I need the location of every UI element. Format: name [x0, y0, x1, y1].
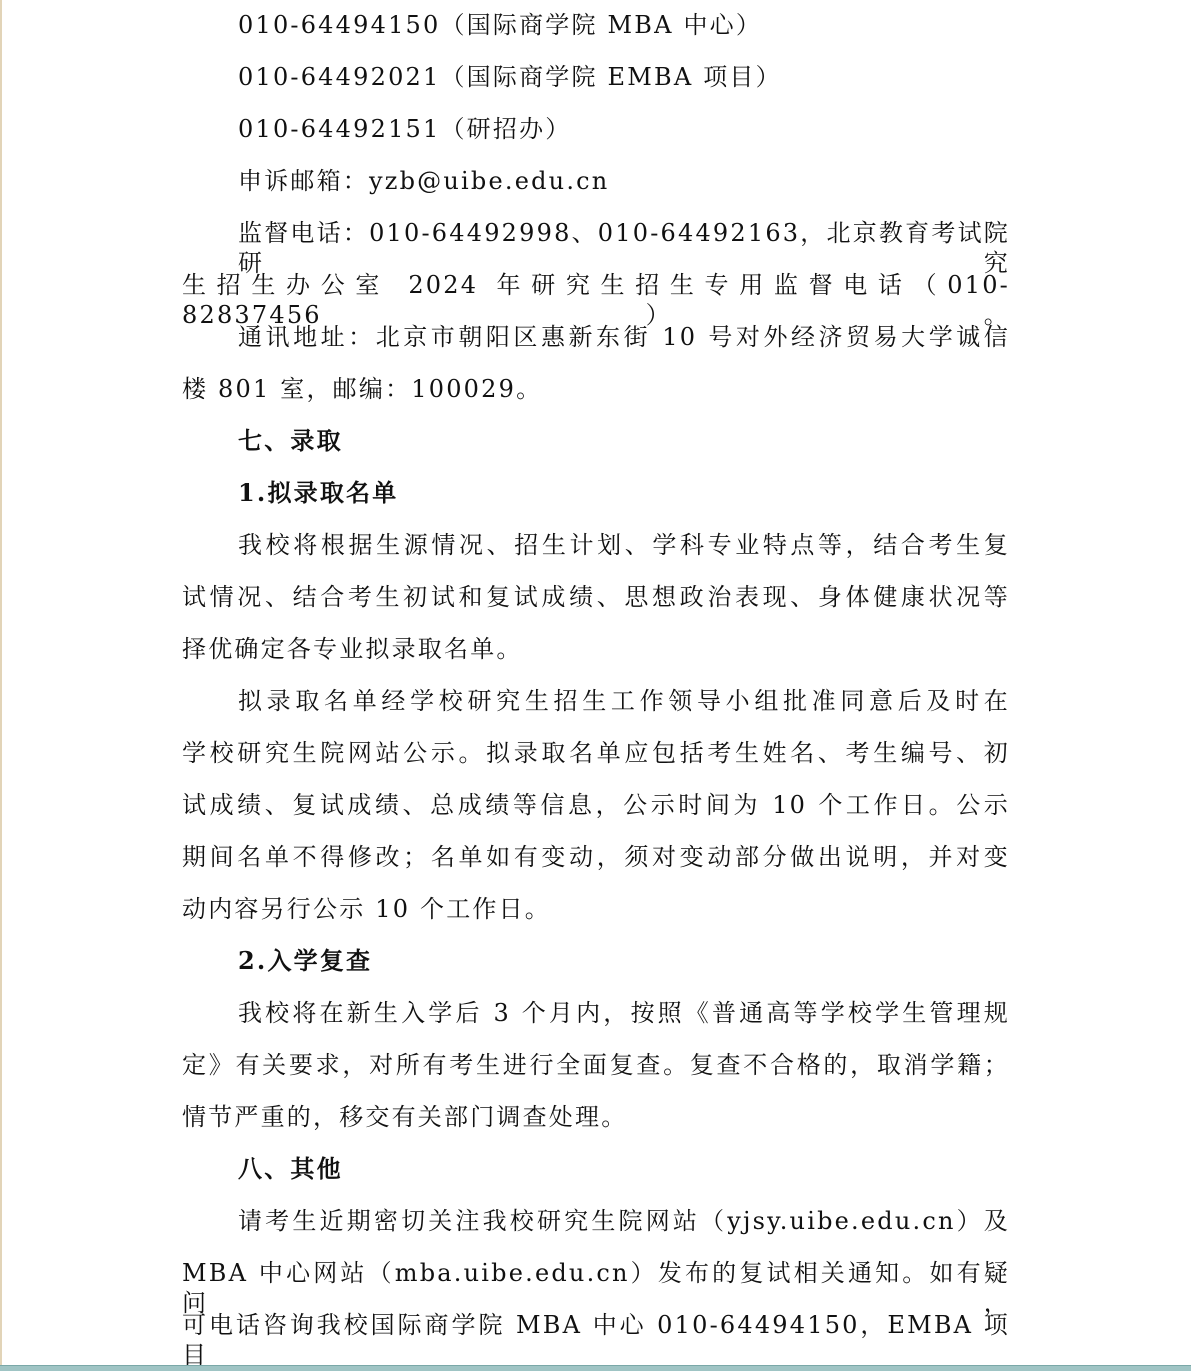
address-line-1: 通讯地址：北京市朝阳区惠新东街 10 号对外经济贸易大学诚信 [238, 322, 1010, 352]
paragraph-line: 择优确定各专业拟录取名单。 [182, 634, 523, 664]
paragraph-line: 试情况、结合考生初试和复试成绩、思想政治表现、身体健康状况等 [182, 582, 1010, 612]
supervision-line-2: 生招生办公室 2024 年研究生招生专用监督电话（010-82837456）。 [182, 270, 1010, 330]
address-line-2: 楼 801 室，邮编：100029。 [182, 374, 542, 404]
paragraph-line: 请考生近期密切关注我校研究生院网站（yjsy.uibe.edu.cn）及 [238, 1206, 1010, 1236]
paragraph-line: 可电话咨询我校国际商学院 MBA 中心 010-64494150，EMBA 项目 [182, 1310, 1010, 1370]
complaint-email: 申诉邮箱：yzb@uibe.edu.cn [238, 166, 609, 196]
bottom-border-strip [0, 1365, 1191, 1371]
paragraph-line: 我校将在新生入学后 3 个月内，按照《普通高等学校学生管理规 [238, 998, 1010, 1028]
subsection-1-heading: 1.拟录取名单 [238, 478, 398, 508]
subsection-2-heading: 2.入学复查 [238, 946, 372, 976]
paragraph-line: 拟录取名单经学校研究生招生工作领导小组批准同意后及时在 [238, 686, 1010, 716]
paragraph-line: 定》有关要求，对所有考生进行全面复查。复查不合格的，取消学籍； [182, 1050, 1010, 1080]
section-8-heading: 八、其他 [238, 1154, 343, 1184]
paragraph-line: 情节严重的，移交有关部门调查处理。 [182, 1102, 627, 1132]
contact-emba: 010-64492021（国际商学院 EMBA 项目） [238, 62, 782, 92]
contact-mba: 010-64494150（国际商学院 MBA 中心） [238, 10, 762, 40]
paragraph-line: 我校将根据生源情况、招生计划、学科专业特点等，结合考生复 [238, 530, 1010, 560]
page-left-edge [0, 0, 2, 1366]
supervision-line-1: 监督电话：010-64492998、010-64492163，北京教育考试院研究 [238, 218, 1010, 278]
paragraph-line: 试成绩、复试成绩、总成绩等信息，公示时间为 10 个工作日。公示 [182, 790, 1010, 820]
contact-admissions-office: 010-64492151（研招办） [238, 114, 571, 144]
paragraph-line: MBA 中心网站（mba.uibe.edu.cn）发布的复试相关通知。如有疑问， [182, 1258, 1010, 1318]
paragraph-line: 动内容另行公示 10 个工作日。 [182, 894, 551, 924]
paragraph-line: 学校研究生院网站公示。拟录取名单应包括考生姓名、考生编号、初 [182, 738, 1010, 768]
section-7-heading: 七、录取 [238, 426, 343, 456]
paragraph-line: 期间名单不得修改；名单如有变动，须对变动部分做出说明，并对变 [182, 842, 1010, 872]
